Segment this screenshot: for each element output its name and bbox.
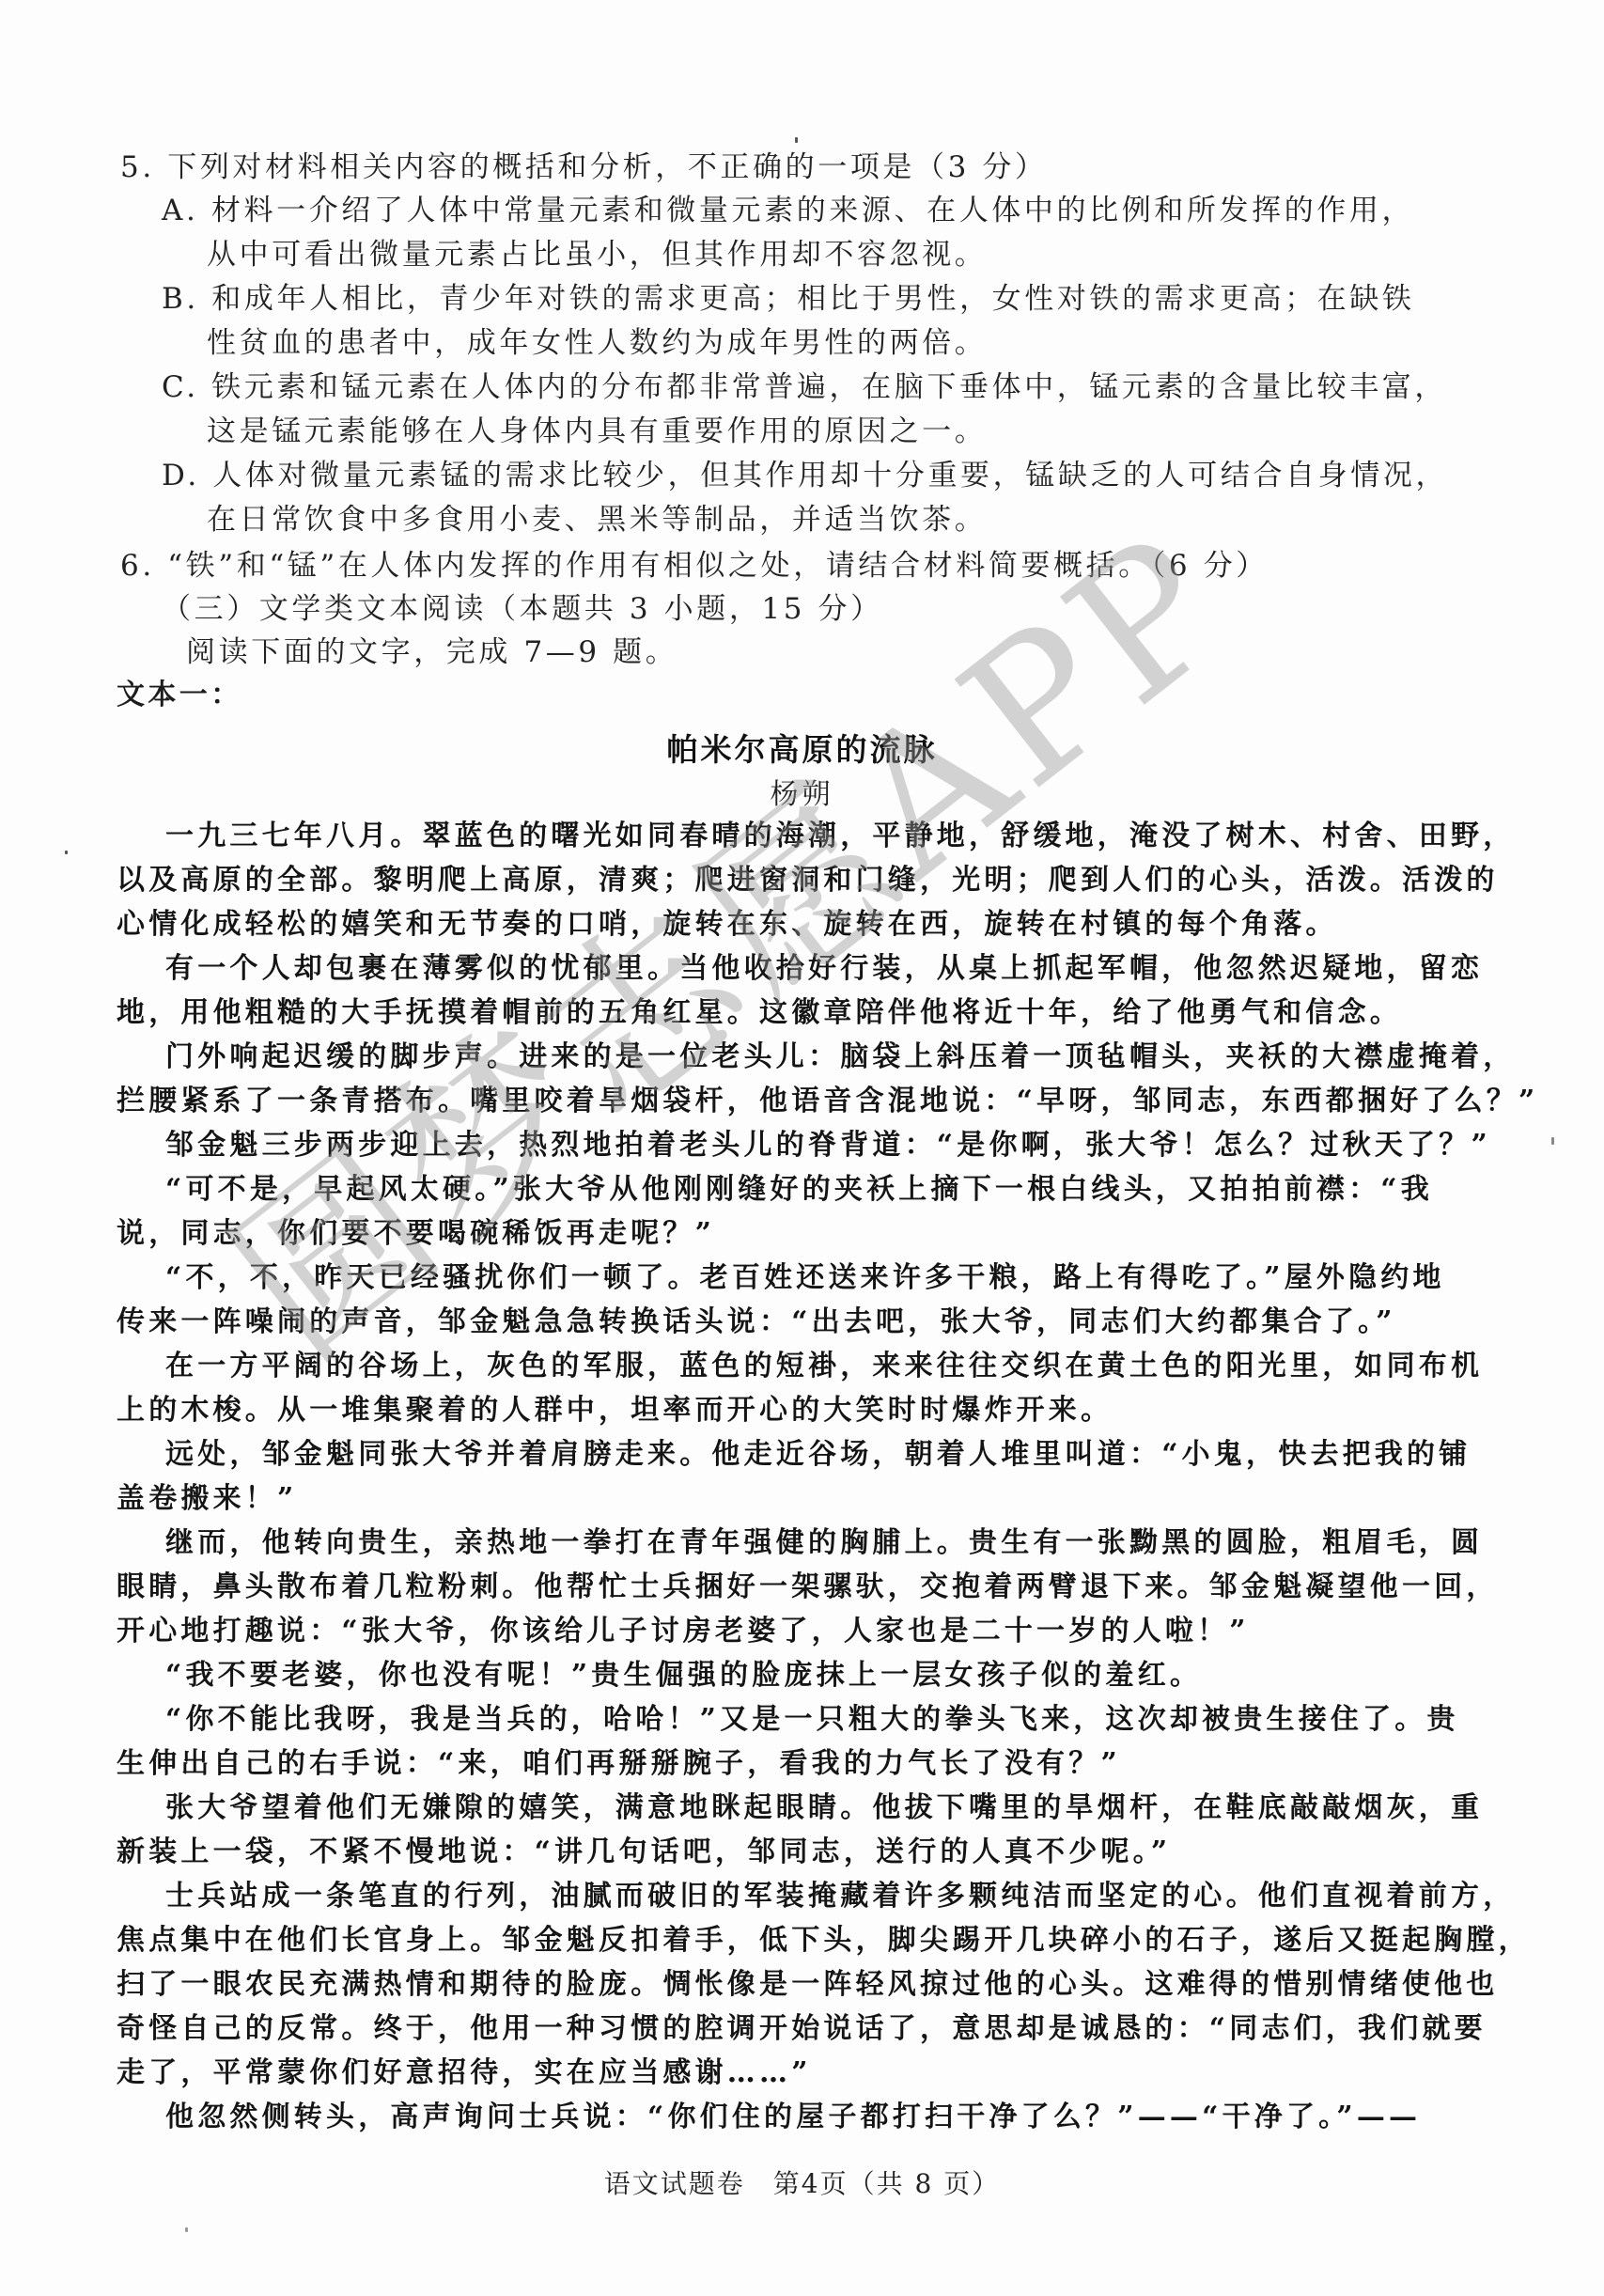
option-d-line-1: D. 人体对微量元素锰的需求比较少，但其作用却十分重要，锰缺乏的人可结合自身情况… xyxy=(162,457,1448,494)
option-b-line-1: B. 和成年人相比，青少年对铁的需求更高；相比于男性，女性对铁的需求更高；在缺铁 xyxy=(162,280,1414,318)
option-a-line-1: A. 材料一介绍了人体中常量元素和微量元素的来源、在人体中的比例和所发挥的作用， xyxy=(162,192,1414,229)
question-5-stem: 5. 下列对材料相关内容的概括和分析，不正确的一项是（3 分） xyxy=(120,148,1048,186)
story-line: “可不是，早起风太硬。”张大爷从他刚刚缝好的夹袄上摘下一根白线头，又拍拍前襟：“… xyxy=(165,1171,1433,1209)
story-line: 开心地打趣说：“张大爷，你该给儿子讨房老婆了，人家也是二十一岁的人啦！” xyxy=(117,1613,1250,1650)
story-line: 门外响起迟缓的脚步声。进来的是一位老头儿：脑袋上斜压着一顶毡帽头，夹袄的大襟虚掩… xyxy=(165,1039,1515,1076)
story-line: 眼睛，鼻头散布着几粒粉刺。他帮忙士兵捆好一架骡驮，交抱着两臂退下来。邹金魁凝望他… xyxy=(117,1569,1499,1606)
story-line: 说，同志，你们要不要喝碗稀饭再走呢？” xyxy=(117,1215,715,1253)
story-line: 传来一阵噪闹的声音，邹金魁急急转换话头说：“出去吧，张大爷，同志们大约都集合了。… xyxy=(117,1304,1396,1341)
story-line: 新装上一袋，不紧不慢地说：“讲几句话吧，邹同志，送行的人真不少呢。” xyxy=(117,1834,1171,1871)
scan-speck xyxy=(65,851,68,854)
story-line: “我不要老婆，你也没有呢！”贵生倔强的脸庞抹上一层女孩子似的羞红。 xyxy=(165,1657,1202,1695)
story-line: 远处，邹金魁同张大爷并着肩膀走来。他走近谷场，朝着人堆里叫道：“小鬼，快去把我的… xyxy=(165,1436,1471,1474)
story-line: 他忽然侧转头，高声询问士兵说：“你们住的屋子都打扫干净了么？”——“干净了。”—… xyxy=(165,2099,1421,2136)
story-line: 扫了一眼农民充满热情和期待的脸庞。惆怅像是一阵轻风掠过他的心头。这难得的惜别情绪… xyxy=(117,1966,1499,2004)
story-author: 杨朔 xyxy=(0,771,1604,812)
story-line: “不，不，昨天已经骚扰你们一顿了。老百姓还送来许多干粮，路上有得吃了。”屋外隐约… xyxy=(165,1259,1445,1297)
story-line: 在一方平阔的谷场上，灰色的军服，蓝色的短褂，来来往往交织在黄土色的阳光里，如同布… xyxy=(165,1348,1483,1385)
section-3-instruction: 阅读下面的文字，完成 7—9 题。 xyxy=(186,633,677,671)
scan-speck xyxy=(185,2227,188,2232)
story-line: “你不能比我呀，我是当兵的，哈哈！”又是一只粗大的拳头飞来，这次却被贵生接住了。… xyxy=(165,1701,1459,1739)
option-c-line-1: C. 铁元素和锰元素在人体内的分布都非常普遍，在脑下垂体中，锰元素的含量比较丰富… xyxy=(162,368,1447,406)
story-line: 奇怪自己的反常。终于，他用一种习惯的腔调开始说话了，意思却是诚恳的：“同志们，我… xyxy=(117,2010,1487,2048)
scan-speck xyxy=(795,137,798,143)
story-line: 地，用他粗糙的大手抚摸着帽前的五角红星。这徽章陪伴他将近十年，给了他勇气和信念。 xyxy=(117,994,1402,1032)
section-3-heading: （三）文学类文本阅读（本题共 3 小题，15 分） xyxy=(162,590,883,628)
question-6-stem: 6. “铁”和“锰”在人体内发挥的作用有相似之处，请结合材料简要概括。（6 分） xyxy=(120,547,1269,585)
exam-page: 5. 下列对材料相关内容的概括和分析，不正确的一项是（3 分） A. 材料一介绍… xyxy=(0,0,1604,2296)
story-line: 以及高原的全部。黎明爬上高原，清爽；爬进窗洞和门缝，光明；爬到人们的心头，活泼。… xyxy=(117,862,1499,899)
story-line: 拦腰紧系了一条青搭布。嘴里咬着旱烟袋杆，他语音含混地说：“早呀，邹同志，东西都捆… xyxy=(117,1083,1539,1120)
story-line: 一九三七年八月。翠蓝色的曙光如同春晴的海潮，平静地，舒缓地，淹没了树木、村舍、田… xyxy=(165,818,1515,855)
story-line: 焦点集中在他们长官身上。邹金魁反扣着手，低下头，脚尖踢开几块碎小的石子，遂后又挺… xyxy=(117,1922,1531,1960)
story-line: 心情化成轻松的嬉笑和无节奏的口哨，旋转在东、旋转在西，旋转在村镇的每个角落。 xyxy=(117,906,1338,944)
story-line: 继而，他转向贵生，亲热地一拳打在青年强健的胸脯上。贵生有一张黝黑的圆脸，粗眉毛，… xyxy=(165,1524,1483,1562)
story-line: 盖卷搬来！” xyxy=(117,1480,297,1518)
option-c-line-2: 这是锰元素能够在人身体内具有重要作用的原因之一。 xyxy=(207,413,987,450)
text-one-label: 文本一： xyxy=(117,677,242,714)
page-footer: 语文试题卷 第4页（共 8 页） xyxy=(0,2163,1604,2201)
story-line: 上的木梭。从一堆集聚着的人群中，坦率而开心的大笑时时爆炸开来。 xyxy=(117,1392,1113,1429)
story-line: 邹金魁三步两步迎上去，热烈地拍着老头儿的脊背道：“是你啊，张大爷！怎么？过秋天了… xyxy=(165,1127,1491,1164)
option-d-line-2: 在日常饮食中多食用小麦、黑米等制品，并适当饮茶。 xyxy=(207,501,987,539)
story-line: 士兵站成一条笔直的行列，油腻而破旧的军装掩藏着许多颗纯洁而坚定的心。他们直视着前… xyxy=(165,1878,1515,1915)
scan-speck xyxy=(1551,1137,1554,1145)
option-b-line-2: 性贫血的患者中，成年女性人数约为成年男性的两倍。 xyxy=(207,324,987,362)
story-line: 生伸出自己的右手说：“来，咱们再掰掰腕子，看我的力气长了没有？” xyxy=(117,1745,1121,1783)
story-title: 帕米尔高原的流脉 xyxy=(0,726,1604,770)
story-line: 张大爷望着他们无嫌隙的嬉笑，满意地眯起眼睛。他拔下嘴里的旱烟杆，在鞋底敲敲烟灰，… xyxy=(165,1789,1483,1827)
story-line: 有一个人却包裹在薄雾似的忧郁里。当他收拾好行装，从桌上抓起军帽，他忽然迟疑地，留… xyxy=(165,950,1483,988)
option-a-line-2: 从中可看出微量元素占比虽小，但其作用却不容忽视。 xyxy=(207,236,987,273)
story-line: 走了，平常蒙你们好意招待，实在应当感谢……” xyxy=(117,2054,812,2092)
